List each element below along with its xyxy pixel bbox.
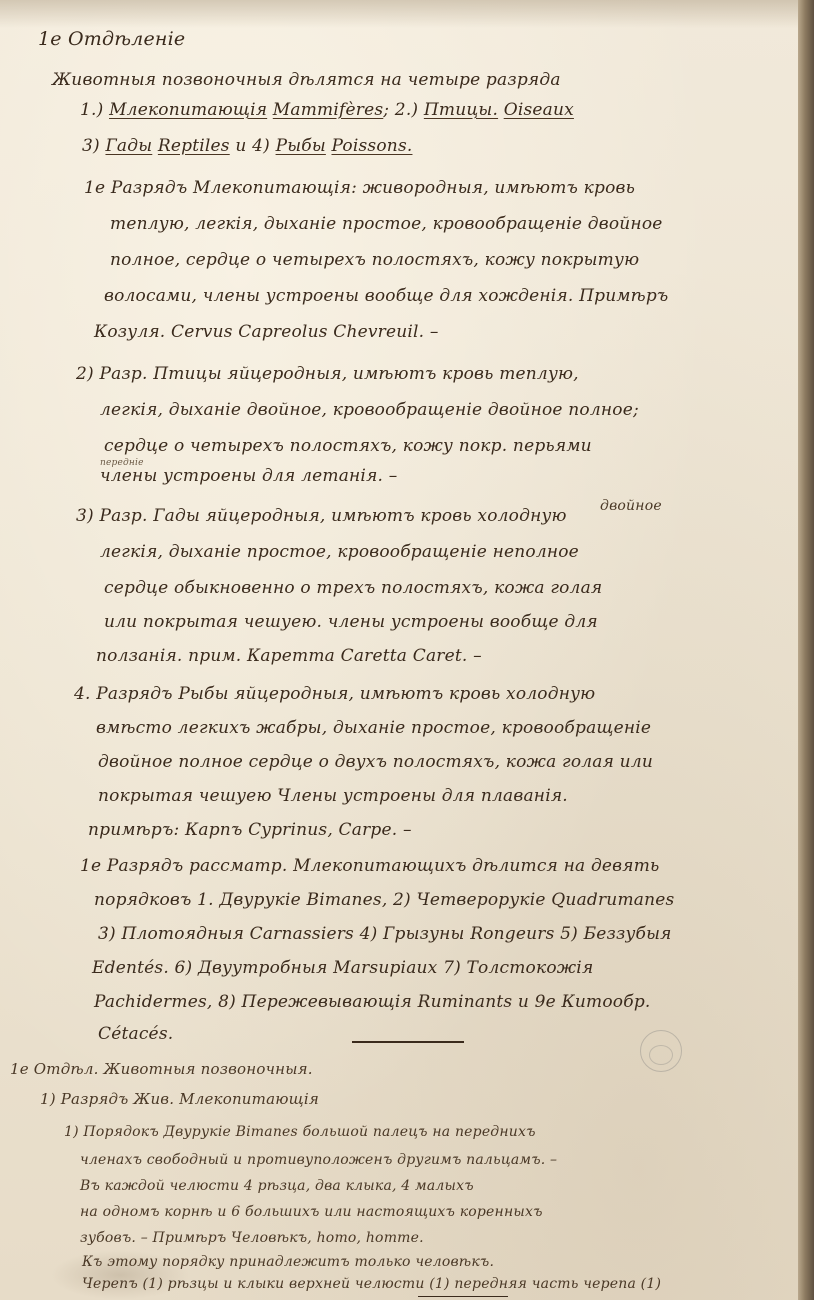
orders-line: Edentés. 6) Двуутробныя Marsupiaux 7) То… bbox=[92, 958, 593, 978]
class-number: ; 2.) bbox=[383, 100, 418, 120]
class-birds-ru: Птицы. bbox=[424, 100, 498, 120]
class-fish-ru: Рыбы bbox=[276, 136, 326, 156]
order1-line: зубовъ. – Примѣръ Человѣкъ, homo, homme. bbox=[80, 1230, 424, 1246]
class2-line: 2) Разр. Птицы яйцеродныя, имѣютъ кровь … bbox=[76, 364, 579, 384]
class4-example-line: примѣръ: Карпъ Cyprinus, Carpe. – bbox=[88, 820, 412, 840]
section-heading: 1е Отдѣленіе bbox=[38, 28, 185, 50]
class3-line: легкія, дыханіе простое, кровообращеніе … bbox=[100, 542, 579, 562]
class1-line: волосами, члены устроены вообще для хожд… bbox=[104, 286, 668, 306]
order1-line: Черепъ (1) рѣзцы и клыки верхней челюсти… bbox=[82, 1276, 661, 1292]
page-top-shadow bbox=[0, 0, 798, 28]
class2-line: легкія, дыханіе двойное, кровообращеніе … bbox=[100, 400, 639, 420]
class1-example-line: Козуля. Cervus Capreolus Chevreuil. – bbox=[94, 322, 439, 342]
class-number: 3) bbox=[82, 136, 100, 156]
order1-line: на одномъ корнѣ и 6 большихъ или настоящ… bbox=[80, 1204, 543, 1220]
class-number: 1.) bbox=[80, 100, 103, 120]
orders-line: 3) Плотоядныя Carnassiers 4) Грызуны Ron… bbox=[98, 924, 672, 944]
class1-line: теплую, легкія, дыханіе простое, кровооб… bbox=[110, 214, 663, 234]
binding-edge bbox=[798, 0, 814, 1300]
classes-line-1: 1.) Млекопитающія Mammifères; 2.) Птицы.… bbox=[80, 100, 574, 120]
order1-line: 1) Порядокъ Двурукіе Bimanes большой пал… bbox=[64, 1124, 536, 1140]
class1-line: полное, сердце о четырехъ полостяхъ, кож… bbox=[110, 250, 639, 270]
pencil-stamp-mark bbox=[640, 1030, 682, 1072]
class-birds-lat: Oiseaux bbox=[504, 100, 574, 120]
class1-line: 1е Разрядъ Млекопитающія: живородныя, им… bbox=[84, 178, 635, 198]
order1-line: членахъ свободный и противуположенъ друг… bbox=[80, 1152, 557, 1168]
section2-subheading: 1) Разрядъ Жив. Млекопитающія bbox=[40, 1090, 319, 1108]
class4-line: двойное полное сердце о двухъ полостяхъ,… bbox=[98, 752, 653, 772]
order1-line: Въ каждой челюсти 4 рѣзца, два клыка, 4 … bbox=[80, 1178, 474, 1194]
class3-line: сердце обыкновенно о трехъ полостяхъ, ко… bbox=[104, 578, 602, 598]
class-reptiles-ru: Гады bbox=[105, 136, 152, 156]
class4-line: вмѣсто легкихъ жабры, дыханіе простое, к… bbox=[96, 718, 651, 738]
orders-line: 1е Разрядъ рассматр. Млекопитающихъ дѣли… bbox=[80, 856, 660, 876]
orders-line: Pachidermes, 8) Пережевывающія Ruminants… bbox=[94, 992, 651, 1012]
class-mammals-lat: Mammifères bbox=[273, 100, 383, 120]
class3-line: или покрытая чешуею. члены устроены вооб… bbox=[104, 612, 598, 632]
class3-example-line: ползанія. прим. Каретта Caretta Caret. – bbox=[96, 646, 482, 666]
class2-line: члены устроены для летанія. – bbox=[100, 466, 397, 486]
orders-line: Cétacés. bbox=[98, 1024, 173, 1044]
section2-heading: 1е Отдѣл. Животныя позвоночныя. bbox=[10, 1060, 313, 1078]
orders-line: порядковъ 1. Двурукіе Bimanes, 2) Четвер… bbox=[94, 890, 674, 910]
class4-line: 4. Разрядъ Рыбы яйцеродныя, имѣютъ кровь… bbox=[74, 684, 595, 704]
class-reptiles-lat: Reptiles bbox=[158, 136, 230, 156]
class2-line: сердце о четырехъ полостяхъ, кожу покр. … bbox=[104, 436, 592, 456]
order1-line: Къ этому порядку принадлежитъ только чел… bbox=[82, 1254, 494, 1270]
class-fish-lat: Poissons. bbox=[331, 136, 412, 156]
section-divider bbox=[352, 1041, 464, 1043]
class-number: и 4) bbox=[235, 136, 270, 156]
insertion-note: двойное bbox=[600, 498, 662, 514]
bottom-divider bbox=[418, 1296, 508, 1297]
class-mammals-ru: Млекопитающія bbox=[109, 100, 267, 120]
class4-line: покрытая чешуею Члены устроены для плава… bbox=[98, 786, 568, 806]
classes-line-2: 3) Гады Reptiles и 4) Рыбы Poissons. bbox=[82, 136, 412, 156]
class3-line: 3) Разр. Гады яйцеродныя, имѣютъ кровь х… bbox=[76, 506, 567, 526]
intro-line: Животныя позвоночныя дѣлятся на четыре р… bbox=[52, 70, 561, 90]
